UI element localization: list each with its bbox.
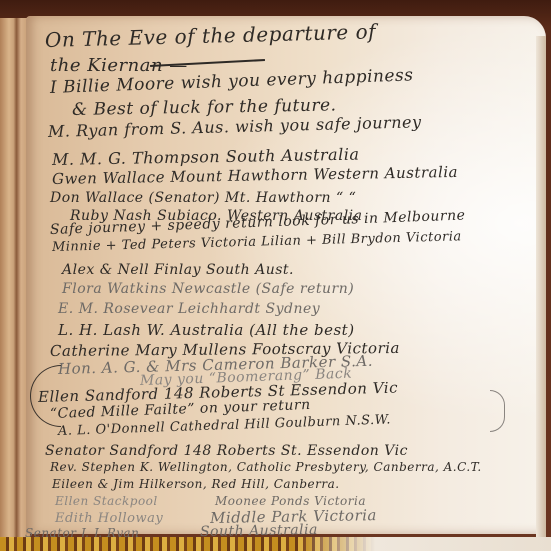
entry-holloway: Edith Holloway [55,511,163,526]
entry-rev-wellington: Rev. Stephen K. Wellington, Catholic Pre… [50,460,482,474]
entry-lash: L. H. Lash W. Australia (All the best) [58,321,355,339]
entry-watkins: Flora Watkins Newcastle (Safe return) [62,281,354,297]
entry-senator-sandford: Senator Sandford 148 Roberts St. Essendo… [45,443,408,459]
entry-don-wallace: Don Wallace (Senator) Mt. Hawthorn “ “ [50,190,356,206]
entry-hilkerson: Eileen & Jim Hilkerson, Red Hill, Canber… [52,477,340,491]
gilt-shade [300,537,551,551]
page-edge [536,36,546,551]
entry-stackpool: Ellen Stackpool [55,494,158,508]
guestbook-photo: On The Eve of the departure of the Kiern… [0,0,551,551]
entry-rosevear: E. M. Rosevear Leichhardt Sydney [58,301,320,317]
entry-finlay: Alex & Nell Finlay South Aust. [62,262,294,278]
